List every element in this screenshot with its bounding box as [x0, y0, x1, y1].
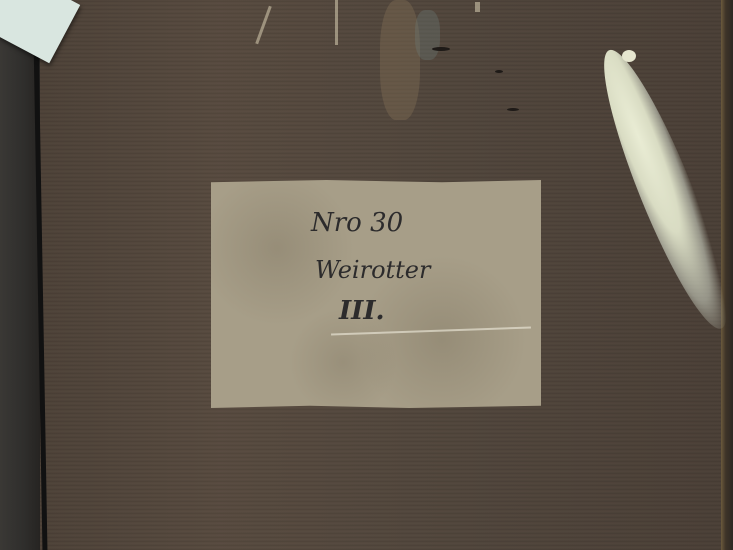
label-crease [331, 327, 531, 336]
scratch-mark [475, 2, 480, 12]
right-frame-edge [721, 0, 733, 550]
paper-label: Nro 30 Weirotter III. [211, 180, 541, 408]
scratch-mark [335, 0, 338, 45]
wooden-panel: ooke Nro 30 Weirotter III. [0, 0, 733, 550]
paint-streak [585, 41, 733, 339]
paint-dot [622, 50, 636, 62]
label-numeral: III. [339, 296, 385, 326]
wood-hole [432, 47, 450, 51]
wood-stain [380, 0, 420, 120]
wood-stain [415, 10, 440, 60]
wood-hole [495, 70, 503, 73]
label-name: Weirotter [315, 256, 430, 284]
scratch-mark [255, 6, 271, 45]
wood-hole [507, 108, 519, 111]
label-number: Nro 30 [311, 208, 403, 238]
